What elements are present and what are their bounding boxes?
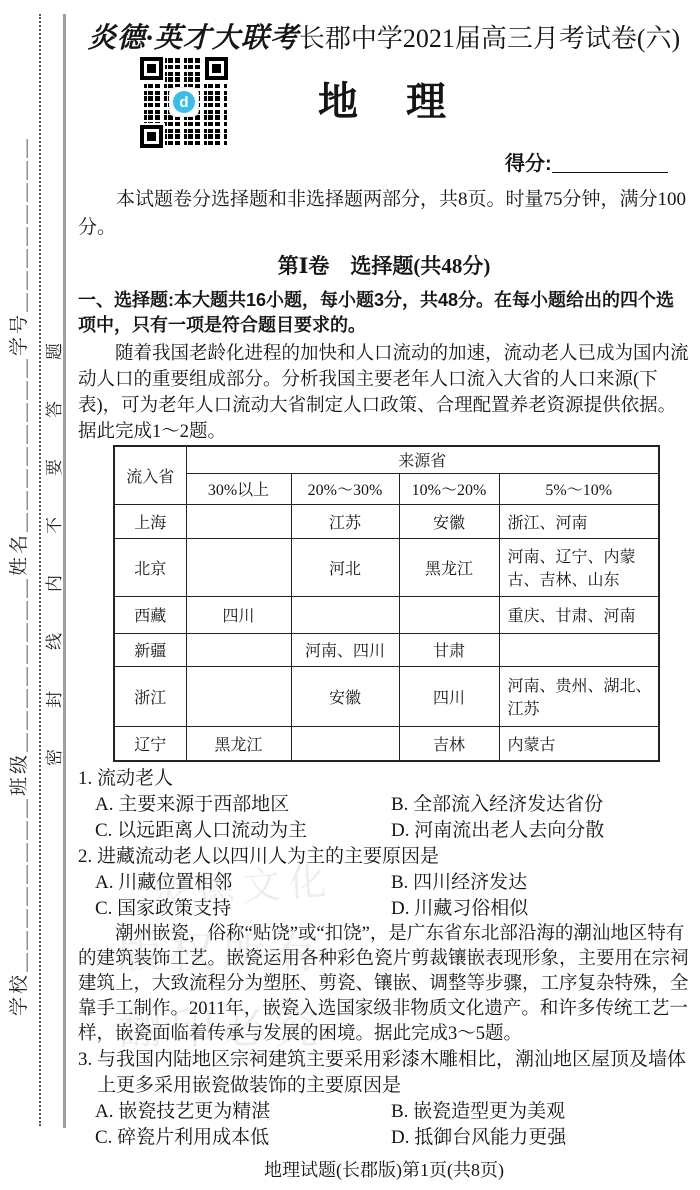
score-label: 得分: [505,153,552,175]
page-footer: 地理试题(长郡版)第1页(共8页) [78,1156,690,1182]
question-1-option-b: B. 全部流入经济发达省份 [391,792,690,818]
cell: 黑龙江 [186,726,291,761]
cell [291,726,399,761]
question-3: 3. 与我国内陆地区宗祠建筑主要采用彩漆木雕相比，潮汕地区屋顶及墙体上更多采用嵌… [78,1047,690,1151]
question-2: 2. 进藏流动老人以四川人为主的主要原因是 A. 川藏位置相邻 B. 四川经济发… [78,844,690,922]
seal-warning-text: 密封线内不要答题 [40,326,65,766]
cell: 甘肃 [399,633,499,666]
cell: 河南、贵州、湖北、江苏 [499,666,659,726]
question-1-option-c: C. 以远距离人口流动为主 [95,818,391,844]
masthead-title: 长郡中学2021届高三月考试卷(六) [299,24,680,53]
cell-province: 新疆 [114,633,186,666]
table-subheader: 10%～20% [399,473,499,504]
cell [186,504,291,538]
question-3-stem: 3. 与我国内陆地区宗祠建筑主要采用彩漆木雕相比，潮汕地区屋顶及墙体上更多采用嵌… [78,1047,690,1099]
cell: 四川 [399,666,499,726]
question-2-option-d: D. 川藏习俗相似 [391,896,690,922]
question-3-option-d: D. 抵御台风能力更强 [391,1125,690,1151]
part1-instruction: 一、选择题:本大题共16小题，每小题3分，共48分。在每小题给出的四个选项中，只… [78,288,690,338]
cell: 河南、辽宁、内蒙古、吉林、山东 [499,538,659,596]
cell [186,538,291,596]
question-3-option-b: B. 嵌瓷造型更为美观 [391,1099,690,1125]
question-2-option-a: A. 川藏位置相邻 [95,870,391,896]
masthead-brand: 炎德·英才大联考 [88,23,299,54]
question-2-stem: 2. 进藏流动老人以四川人为主的主要原因是 [78,844,690,870]
cell [186,633,291,666]
question-1-option-d: D. 河南流出老人去向分散 [391,818,690,844]
cell: 四川 [186,596,291,633]
table-row: 上海 江苏 安徽 浙江、河南 [114,504,659,538]
watermark-copyright: 版权所有 [118,916,326,980]
table-row: 辽宁 黑龙江 吉林 内蒙古 [114,726,659,761]
masthead: 炎德·英才大联考长郡中学2021届高三月考试卷(六) [78,16,690,56]
cell: 重庆、甘肃、河南 [499,596,659,633]
part1-heading: 第Ⅰ卷 选择题(共48分) [78,250,690,280]
cell: 吉林 [399,726,499,761]
qr-finder-icon [140,125,163,148]
cell: 安徽 [291,666,399,726]
cell [291,596,399,633]
cell-province: 辽宁 [114,726,186,761]
cell: 黑龙江 [399,538,499,596]
population-source-table: 流入省 来源省 30%以上 20%～30% 10%～20% 5%～10% 上海 … [113,445,660,762]
cell: 内蒙古 [499,726,659,761]
cell: 安徽 [399,504,499,538]
question-1-option-a: A. 主要来源于西部地区 [95,792,391,818]
table-row: 新疆 河南、四川 甘肃 [114,633,659,666]
cell: 河南、四川 [291,633,399,666]
cell: 江苏 [291,504,399,538]
table-row: 北京 河北 黑龙江 河南、辽宁、内蒙古、吉林、山东 [114,538,659,596]
question-1: 1. 流动老人 A. 主要来源于西部地区 B. 全部流入经济发达省份 C. 以远… [78,766,690,844]
cell: 河北 [291,538,399,596]
cell: 浙江、河南 [499,504,659,538]
passage-1: 随着我国老龄化进程的加快和人口流动的加速，流动老人已成为国内流动人口的重要组成部… [78,341,690,445]
question-3-option-a: A. 嵌瓷技艺更为精湛 [95,1099,391,1125]
table-subheader: 30%以上 [186,473,291,504]
cell-province: 西藏 [114,596,186,633]
score-blank-line [552,154,668,173]
table-row: 西藏 四川 重庆、甘肃、河南 [114,596,659,633]
cell [499,633,659,666]
cell-province: 上海 [114,504,186,538]
table-subheader: 5%～10% [499,473,659,504]
cell [399,596,499,633]
student-info-fields: 学校＿＿＿＿＿＿＿＿班级＿＿＿＿＿＿＿＿姓名＿＿＿＿＿＿＿＿学号＿＿＿＿＿＿＿＿ [4,86,31,1016]
table-header-inflow: 流入省 [114,446,186,504]
exam-intro: 本试题卷分选择题和非选择题两部分，共8页。时量75分钟，满分100分。 [78,186,690,242]
question-3-option-c: C. 碎瓷片利用成本低 [95,1125,391,1151]
cell-province: 浙江 [114,666,186,726]
question-1-stem: 1. 流动老人 [78,766,690,792]
table-header-source: 来源省 [186,446,659,473]
score-field: 得分: [505,147,668,176]
cell [186,666,291,726]
question-2-option-c: C. 国家政策支持 [95,896,391,922]
cell-province: 北京 [114,538,186,596]
table-row: 浙江 安徽 四川 河南、贵州、湖北、江苏 [114,666,659,726]
table-subheader: 20%～30% [291,473,399,504]
subject-title: 地 理 [78,70,690,127]
question-2-option-b: B. 四川经济发达 [391,870,690,896]
